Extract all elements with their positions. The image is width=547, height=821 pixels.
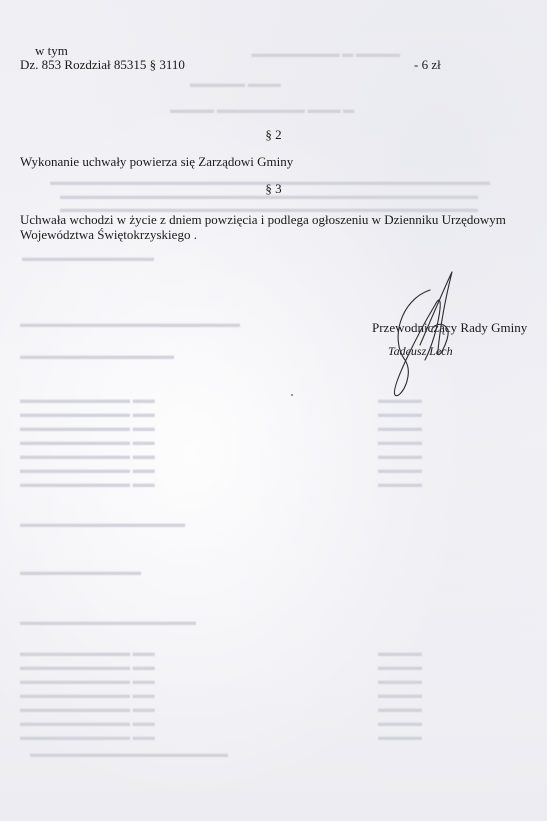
w-tym-label: w tym (35, 44, 68, 58)
handwritten-signature-icon (360, 270, 520, 410)
section-3-text-line-2: Województwa Świętokrzyskiego . (20, 228, 197, 242)
signature-block: Przewodniczący Rady Gminy Tadeusz Lech (360, 270, 520, 410)
bleed-through-text: ▬▬▬ ▬▬▬▬▬ (190, 78, 281, 90)
bleed-through-text: ▬▬▬▬▬▬▬▬▬▬▬ (20, 566, 141, 578)
bleed-through-text: ▬▬▬▬▬▬▬▬▬▬▬▬ (22, 252, 154, 264)
budget-entry-label: Dz. 853 Rozdział 85315 § 3110 (20, 58, 185, 72)
bleed-through-text: ▬▬▬▬ ▬▬▬▬ ▬▬▬▬ ▬▬▬▬ ▬▬▬▬ ▬▬▬▬ ▬▬▬▬ (378, 646, 422, 744)
bleed-through-text: ▬▬▬▬▬▬▬▬▬▬▬▬▬▬▬▬▬▬▬▬ (20, 318, 240, 330)
bleed-through-text: ▬▬ ▬▬▬▬▬▬▬▬▬▬ ▬▬ ▬▬▬▬▬▬▬▬▬▬ ▬▬ ▬▬▬▬▬▬▬▬▬… (20, 393, 155, 491)
speck (291, 394, 293, 396)
scanned-page: ▬▬▬▬ ▬ ▬▬▬▬▬▬▬▬ ▬▬▬ ▬▬▬▬▬ ▬ ▬▬▬ ▬▬▬▬▬▬▬▬… (0, 0, 547, 821)
section-3-text-line-1: Uchwała wchodzi w życie z dniem powzięci… (20, 213, 506, 227)
bleed-through-text: ▬▬▬▬▬▬▬▬▬▬▬▬▬▬▬▬ (20, 616, 196, 628)
section-2-heading: § 2 (0, 128, 547, 142)
bleed-through-text: ▬▬▬▬▬▬▬▬▬▬▬▬▬▬▬ (20, 518, 185, 530)
bleed-through-text: ▬▬▬▬ ▬ ▬▬▬▬▬▬▬▬ (150, 48, 400, 60)
budget-entry-amount: - 6 zł (414, 58, 441, 72)
bleed-through-text: ▬▬ ▬▬▬▬▬▬▬▬▬▬ ▬▬ ▬▬▬▬▬▬▬▬▬▬ ▬▬ ▬▬▬▬▬▬▬▬▬… (20, 646, 155, 744)
section-2-text: Wykonanie uchwały powierza się Zarządowi… (20, 155, 293, 169)
section-3-heading: § 3 (0, 182, 547, 196)
bleed-through-text: ▬▬▬▬▬▬▬▬▬▬▬▬▬▬ (20, 350, 174, 362)
bleed-through-text: ▬ ▬▬▬ ▬▬▬▬▬▬▬▬ ▬▬▬▬ (170, 104, 354, 116)
bleed-through-text: ▬▬▬▬▬▬▬▬▬▬▬▬▬▬▬▬▬▬ (30, 748, 228, 760)
